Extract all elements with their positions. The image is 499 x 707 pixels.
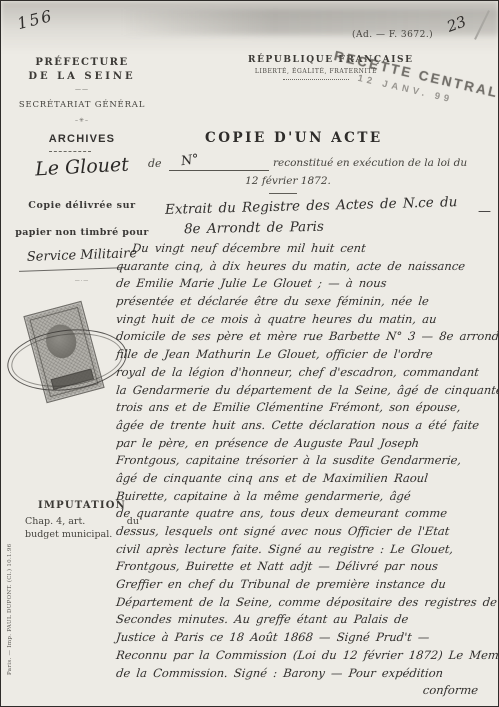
- handwritten-line: conforme: [115, 683, 499, 701]
- imputation-line2: budget municipal.: [25, 529, 112, 540]
- handwritten-line: de quarante quatre ans, tous deux demeur…: [115, 506, 499, 524]
- handwritten-line: Frontgous, capitaine trésorier à la susd…: [115, 453, 499, 471]
- ornament-dash: ——: [13, 86, 151, 93]
- extract-heading-line1: Extrait du Registre des Actes de N.ce du: [165, 194, 458, 218]
- form-reference: (Ad. — F. 3672.): [352, 30, 433, 40]
- printer-imprint: Paris. — Imp. PAUL DUPONT. (Cl.) 10.1.96: [7, 559, 13, 675]
- handwritten-line: Reconnu par la Commission (Loi du 12 fév…: [115, 648, 499, 666]
- purpose-underline: [19, 267, 125, 272]
- handwritten-line: trois ans et de Emilie Clémentine Frémon…: [115, 400, 499, 418]
- handwritten-name-annotation: Le Glouet: [13, 152, 152, 181]
- handwritten-line: âgé de cinquante cinq ans et de Maximili…: [115, 471, 499, 489]
- margin-dash: —: [478, 204, 491, 219]
- copy-notice-line1: Copie délivrée sur: [13, 200, 151, 211]
- handwritten-line: Secondes minutes. Au greffe étant au Pal…: [115, 612, 499, 630]
- handwritten-line: âgée de trente huit ans. Cette déclarati…: [115, 418, 499, 436]
- blank-line-rule: [169, 170, 269, 171]
- prefecture-label-line2: DE LA SEINE: [13, 71, 151, 82]
- handwritten-line: de Emilie Marie Julie Le Glouet ; — à no…: [115, 276, 499, 294]
- copy-notice-line2: papier non timbré pour: [13, 227, 151, 238]
- scan-shading-streak: [121, 9, 499, 35]
- handwritten-numero: N°: [180, 152, 200, 169]
- archives-underline: [49, 151, 91, 152]
- handwritten-line: quarante cinq, à dix heures du matin, ac…: [115, 259, 499, 277]
- archives-label: ARCHIVES: [13, 133, 151, 145]
- reconstitue-label: reconstitué en exécution de la loi du: [273, 157, 467, 169]
- document-title: COPIE D'UN ACTE: [205, 130, 373, 146]
- handwritten-line: de la Commission. Signé : Barony — Pour …: [115, 666, 499, 684]
- imputation-chapter: Chap. 4, art.: [25, 516, 85, 527]
- oval-cancellation-stamp: [4, 323, 130, 397]
- handwritten-line: Département de la Seine, comme dépositai…: [115, 595, 499, 613]
- handwritten-line: fille de Jean Mathurin Le Glouet, offici…: [115, 347, 499, 365]
- de-label: de: [148, 157, 162, 170]
- handwritten-line: la Gendarmerie du département de la Sein…: [115, 383, 499, 401]
- handwritten-line: domicile de ses père et mère rue Barbett…: [115, 329, 499, 347]
- handwritten-line: présentée et déclarée être du sexe fémin…: [115, 294, 499, 312]
- handwritten-line: royal de la légion d'honneur, chef d'esc…: [115, 365, 499, 383]
- handwritten-line: Du vingt neuf décembre mil huit cent: [115, 241, 499, 259]
- handwritten-line: vingt huit de ce mois à quatre heures du…: [115, 312, 499, 330]
- handwritten-line: Frontgous, Buirette et Natt adjt — Déliv…: [115, 559, 499, 577]
- handwritten-line: civil après lecture faite. Signé au regi…: [115, 542, 499, 560]
- handwritten-line: dessus, lesquels ont signé avec nous Off…: [115, 524, 499, 542]
- prefecture-label-line1: PRÉFECTURE: [13, 57, 151, 68]
- scanned-document-page: 156 (Ad. — F. 3672.) 23 RÉPUBLIQUE FRANÇ…: [0, 0, 499, 707]
- act-body: Du vingt neuf décembre mil huit cent qua…: [115, 241, 497, 701]
- extract-heading-line2: 8e Arrondt de Paris: [184, 219, 324, 237]
- law-date-label: 12 février 1872.: [242, 175, 334, 187]
- secretariat-label: SECRÉTARIAT GÉNÉRAL: [13, 100, 151, 110]
- recette-centrale-stamp: RECETTE CENTRALE 12 JANV. 99: [329, 48, 499, 118]
- short-rule: [269, 193, 297, 194]
- handwritten-line: Greffier en chef du Tribunal de première…: [115, 577, 499, 595]
- handwritten-line: Buirette, capitaine à la même gendarmeri…: [115, 489, 499, 507]
- handwritten-line: Justice à Paris ce 18 Août 1868 — Signé …: [115, 630, 499, 648]
- ornament-flower: –✳–: [13, 117, 151, 124]
- handwritten-line: par le père, en présence de Auguste Paul…: [115, 436, 499, 454]
